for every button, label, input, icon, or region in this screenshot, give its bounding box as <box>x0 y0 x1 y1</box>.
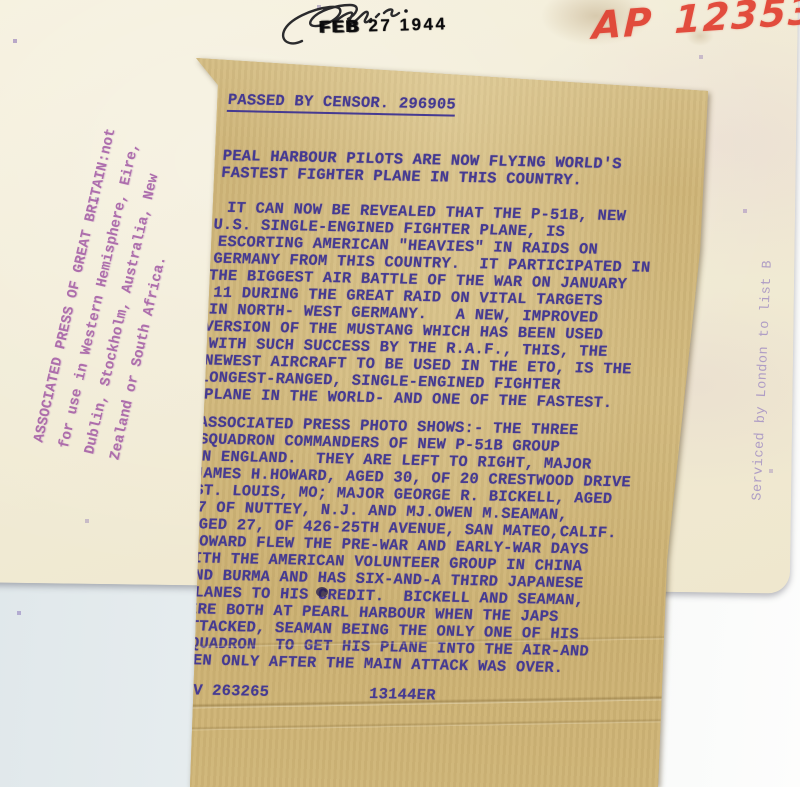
caption-headline: PEAL HARBOUR PILOTS ARE NOW FLYING WORLD… <box>220 148 655 191</box>
date-stamp-month: FEB <box>320 17 362 37</box>
caption-text-block: PASSED BY CENSOR. 296905 PEAL HARBOUR PI… <box>173 54 664 708</box>
ink-specks <box>0 0 2 2</box>
date-stamp-day-year: 27 1944 <box>368 14 447 35</box>
crease-line <box>188 717 713 730</box>
scanned-photo-back: FEB27 1944 AP 12353 ASSOCIATED PRESS OF … <box>0 0 800 787</box>
censor-line: PASSED BY CENSOR. 296905 <box>227 92 457 117</box>
reference-number-left: IRV 263265 <box>173 681 270 701</box>
ink-smudge <box>316 587 328 597</box>
caption-slip-wrapper: PASSED BY CENSOR. 296905 PEAL HARBOUR PI… <box>188 54 713 787</box>
caption-paragraph-1: IT CAN NOW BE REVEALED THAT THE P-51B, N… <box>200 200 650 413</box>
caption-slip: PASSED BY CENSOR. 296905 PEAL HARBOUR PI… <box>188 54 713 787</box>
date-stamp: FEB27 1944 <box>320 15 448 35</box>
